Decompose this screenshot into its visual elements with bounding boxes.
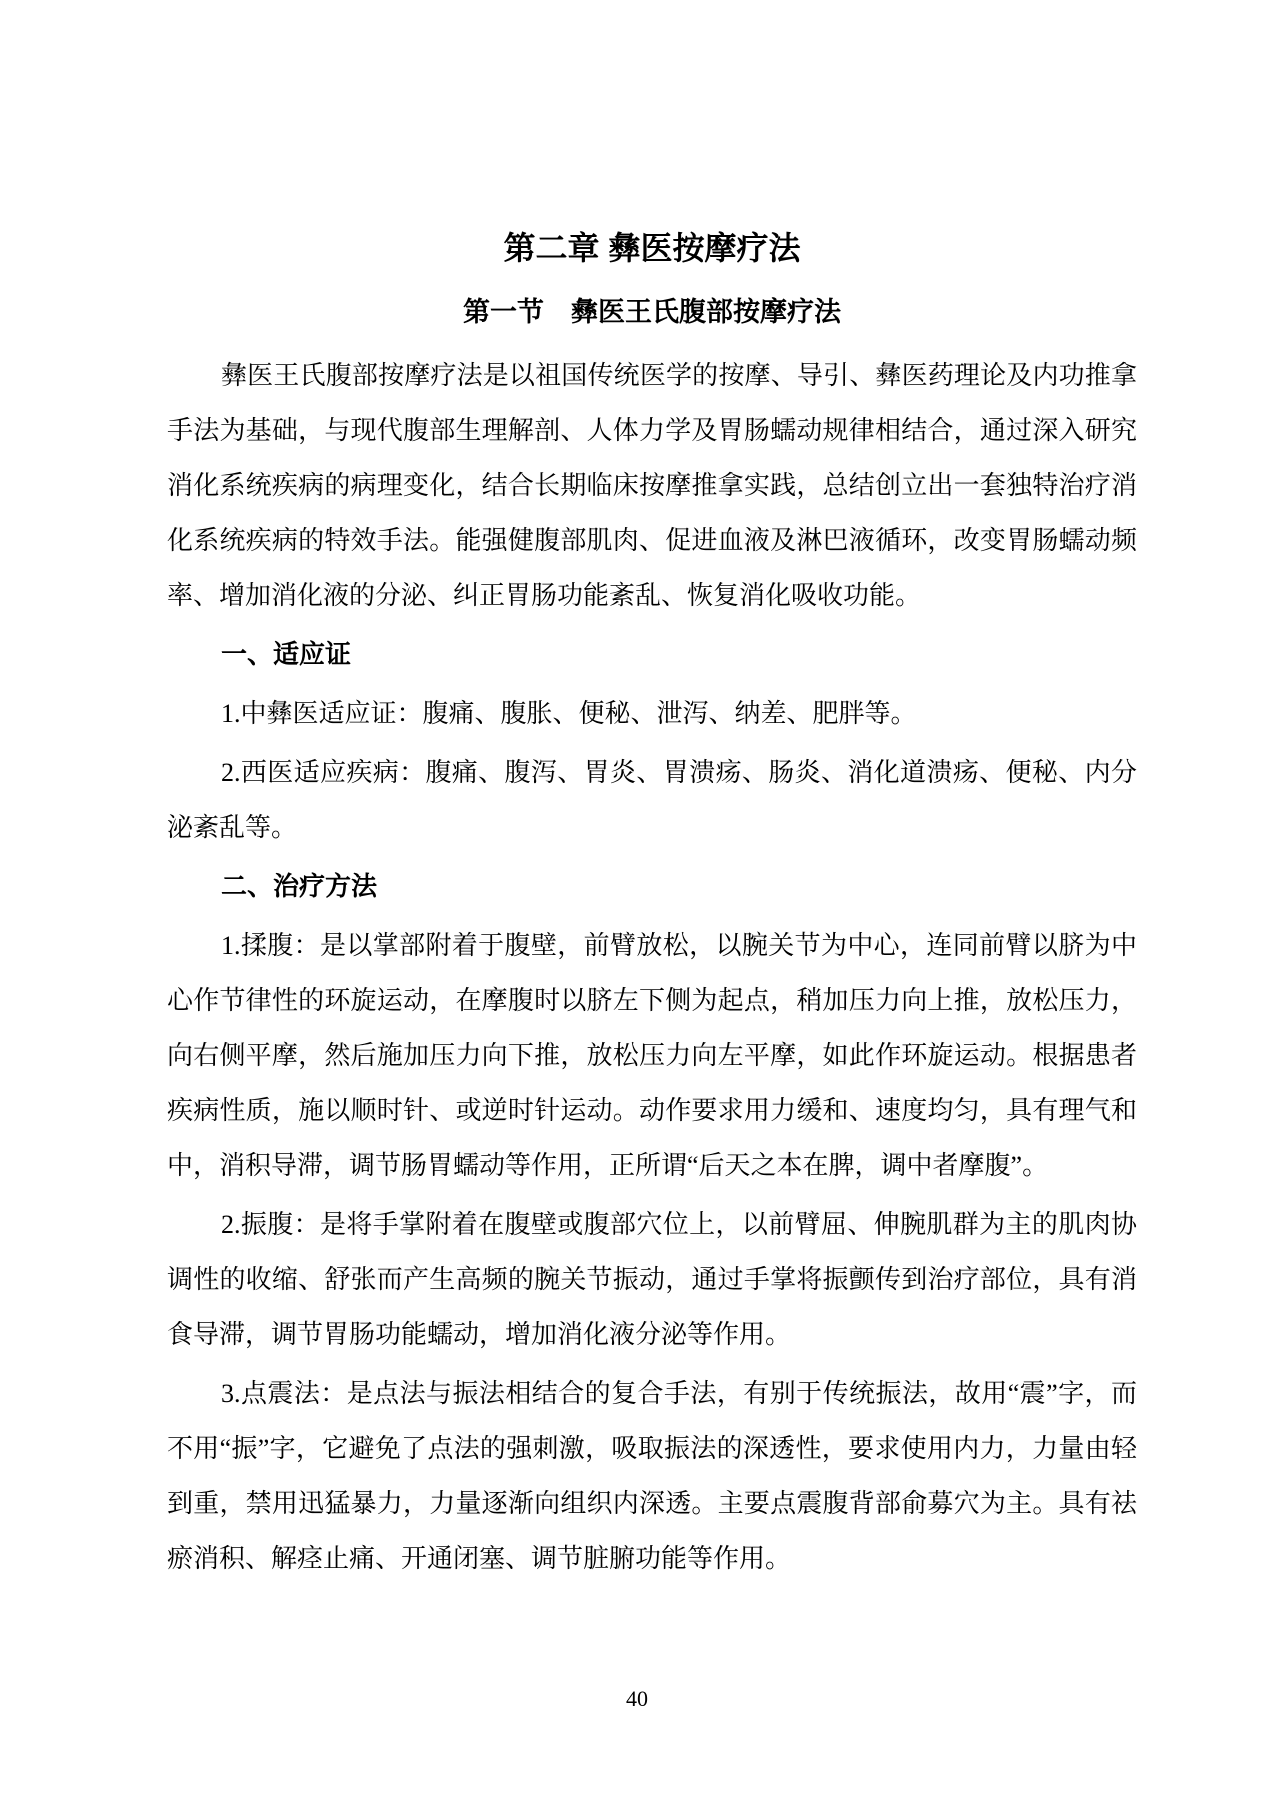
paragraph-method-dianzhen: 3.点震法：是点法与振法相结合的复合手法，有别于传统振法，故用“震”字，而不用“… <box>167 1366 1137 1586</box>
subsection-heading-treatment-methods: 二、治疗方法 <box>167 859 1137 914</box>
paragraph-western-indications: 2.西医适应疾病：腹痛、腹泻、胃炎、胃溃疡、肠炎、消化道溃疡、便秘、内分泌紊乱等… <box>167 745 1137 855</box>
document-page: 第二章 彝医按摩疗法 第一节 彝医王氏腹部按摩疗法 彝医王氏腹部按摩疗法是以祖国… <box>0 0 1274 1801</box>
paragraph-tcm-indications: 1.中彝医适应证：腹痛、腹胀、便秘、泄泻、纳差、肥胖等。 <box>167 686 1137 741</box>
paragraph-method-zhenfu: 2.振腹：是将手掌附着在腹壁或腹部穴位上，以前臂屈、伸腕肌群为主的肌肉协调性的收… <box>167 1197 1137 1362</box>
paragraph-method-roufu: 1.揉腹：是以掌部附着于腹壁，前臂放松，以腕关节为中心，连同前臂以脐为中心作节律… <box>167 918 1137 1193</box>
section-title: 第一节 彝医王氏腹部按摩疗法 <box>167 294 1137 330</box>
chapter-title: 第二章 彝医按摩疗法 <box>167 228 1137 268</box>
subsection-heading-indications: 一、适应证 <box>167 627 1137 682</box>
page-content: 第二章 彝医按摩疗法 第一节 彝医王氏腹部按摩疗法 彝医王氏腹部按摩疗法是以祖国… <box>167 0 1137 1586</box>
page-number: 40 <box>0 1686 1274 1712</box>
paragraph-intro: 彝医王氏腹部按摩疗法是以祖国传统医学的按摩、导引、彝医药理论及内功推拿手法为基础… <box>167 348 1137 623</box>
